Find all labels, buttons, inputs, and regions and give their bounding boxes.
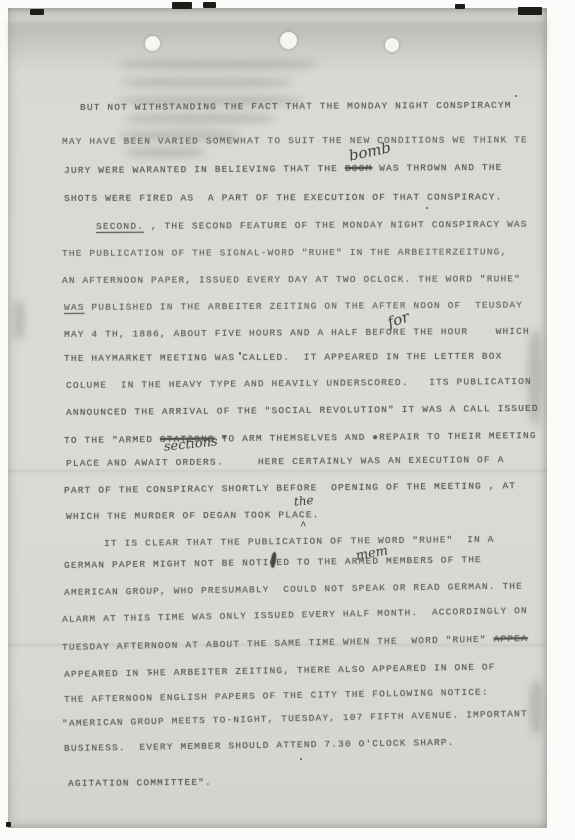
typed-line: SECOND. , THE SECOND FEATURE OF THE MOND… — [96, 220, 528, 232]
typed-text: TO THE "ARMED — [64, 434, 160, 446]
crease-line — [8, 470, 547, 472]
scan-edge-mark — [203, 2, 216, 8]
typed-text: WAS THROWN AND THE — [372, 162, 502, 174]
typed-text: THE PUBLICATION OF THE SIGNAL-WORD "RUHE… — [62, 246, 507, 259]
typed-line: AN AFTERNOON PAPER, ISSUED EVERY DAY AT … — [62, 274, 521, 285]
typed-text: THE HAYMARKET MEETING WAS CALLED. IT APP… — [64, 351, 503, 364]
typed-text: AGITATION COMMITTEE". — [68, 777, 212, 789]
scan-edge-mark — [172, 2, 192, 9]
smudge-mark — [14, 300, 24, 340]
typed-line: THE HAYMARKET MEETING WAS CALLED. IT APP… — [64, 352, 503, 364]
typed-line: SHOTS WERE FIRED AS A PART OF THE EXECUT… — [64, 192, 502, 203]
struck-out-word: BOOM — [345, 163, 372, 174]
punch-hole — [385, 38, 399, 52]
typed-text: SHOTS WERE FIRED AS A PART OF THE EXECUT… — [64, 191, 503, 204]
underlined-word: SECOND. — [96, 221, 144, 232]
scan-shadow-band — [8, 22, 547, 66]
typed-line: MAY HAVE BEEN VARIED SOMEWHAT TO SUIT TH… — [62, 135, 528, 146]
typed-text: BUT NOT WITHSTANDING THE FACT THAT THE M… — [80, 100, 512, 113]
ink-speck — [515, 95, 517, 97]
scan-edge-mark — [455, 4, 465, 9]
handwritten-annotation: the — [293, 493, 314, 509]
document-page — [8, 8, 547, 828]
scan-edge-mark — [30, 9, 44, 15]
scanned-document: BUT NOT WITHSTANDING THE FACT THAT THE M… — [0, 0, 575, 840]
struck-out-word: APPEA — [494, 633, 528, 645]
typed-line: AGITATION COMMITTEE". — [68, 778, 212, 789]
ink-speck — [300, 758, 302, 760]
typed-line: BUT NOT WITHSTANDING THE FACT THAT THE M… — [80, 101, 512, 113]
punch-hole — [280, 32, 297, 49]
typed-text: JURY WERE WARANTED IN BELIEVING THAT THE — [64, 163, 345, 176]
typed-line: THE PUBLICATION OF THE SIGNAL-WORD "RUHE… — [62, 247, 507, 258]
typed-text: WHICH THE MURDER OF DEGAN TOOK PLACE. — [66, 509, 320, 522]
typed-text: AN AFTERNOON PAPER, ISSUED EVERY DAY AT … — [62, 273, 521, 286]
ink-speck — [426, 207, 428, 209]
typed-text: MAY HAVE BEEN VARIED SOMEWHAT TO SUIT TH… — [62, 134, 528, 147]
smudge-mark — [122, 78, 292, 87]
punch-hole — [145, 36, 160, 51]
scan-edge-mark — [518, 7, 542, 15]
smudge-mark — [125, 114, 275, 123]
typed-line: WHICH THE MURDER OF DEGAN TOOK PLACE. — [66, 510, 320, 521]
smudge-mark — [118, 60, 318, 69]
underlined-word: WAS — [64, 302, 85, 313]
handwritten-annotation: ^ — [300, 521, 307, 533]
scan-edge-mark — [6, 822, 11, 827]
typed-text: PUBLISHED IN THE ARBEITER ZEITING ON THE… — [85, 300, 524, 313]
typed-text: , THE SECOND FEATURE OF THE MONDAY NIGHT… — [144, 219, 528, 232]
smudge-mark — [125, 148, 205, 157]
typed-line: WAS PUBLISHED IN THE ARBEITER ZEITING ON… — [64, 301, 523, 313]
smudge-mark — [530, 680, 542, 735]
